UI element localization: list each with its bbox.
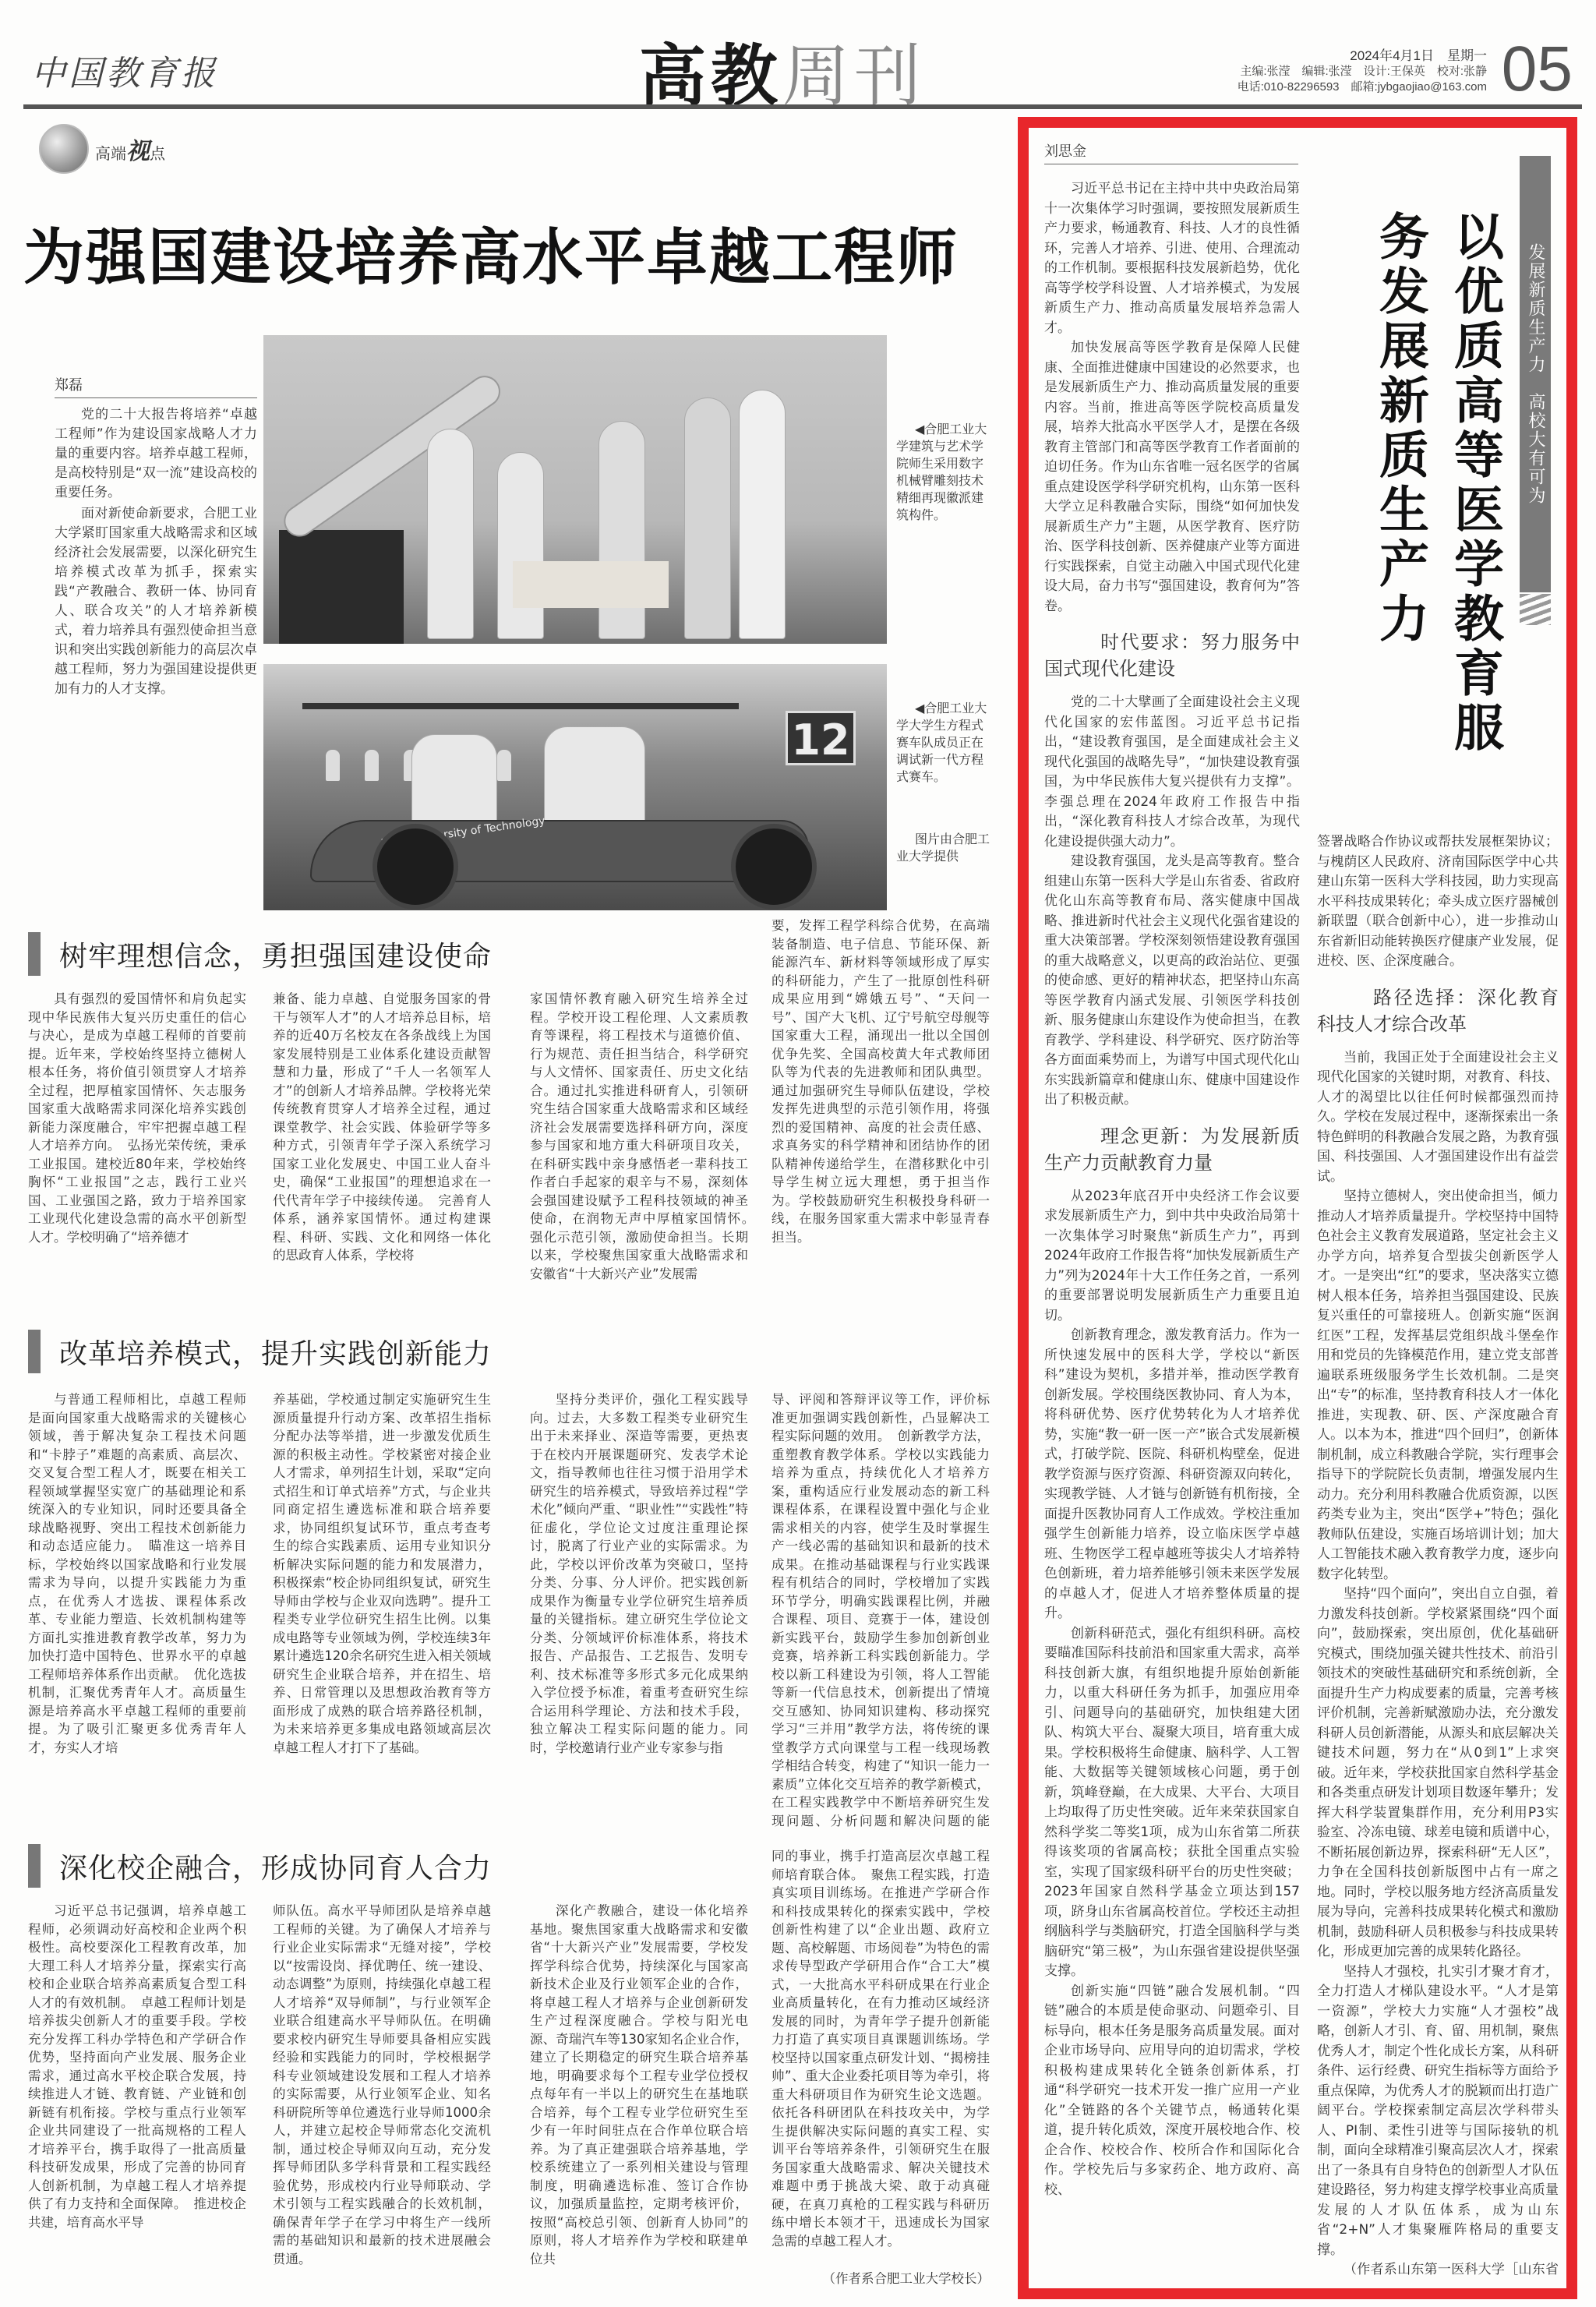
- body-paragraph: 党的二十大擘画了全面建设社会主义现代化国家的宏伟蓝图。习近平总书记指出，“建设教…: [1044, 693, 1300, 852]
- subheading: 路径选择：深化教育科技人才综合改革: [1317, 984, 1559, 1037]
- column-badge: 高端视点: [39, 122, 165, 176]
- page-number: 05: [1502, 37, 1573, 101]
- masthead-divider: [23, 104, 1582, 109]
- car-number: 12: [786, 711, 856, 765]
- body-paragraph: 坚持人才强校，扎实引才聚才育才，全力打造人才梯队建设水平。“人才是第一资源”，学…: [1317, 1963, 1559, 2261]
- photo-race-car: Hefei University of Technology 12: [263, 664, 887, 910]
- robot-base: [279, 530, 404, 644]
- author-signature: （作者系合肥工业大学校长）: [772, 2270, 990, 2291]
- body-paragraph: 坚持立德树人，突出使命担当，倾力推动人才培养质量提升。学校坚持中国特色社会主义教…: [1317, 1187, 1559, 1585]
- body-column: 具有强烈的爱国情怀和肩负起实现中华民族伟大复兴历史重任的信心与决心，是成为卓越工…: [28, 990, 246, 1286]
- body-column: 深化产教融合，建设一体化培养基地。聚焦国家重大战略需求和安徽省“十大新兴产业”发…: [530, 1902, 748, 2291]
- edition-title-dark: 高教: [639, 37, 782, 115]
- subheading: 理念更新：为发展新质生产力贡献教育力量: [1044, 1123, 1300, 1176]
- author-byline: 郑磊: [55, 374, 257, 398]
- body-paragraph: 养基础，学校通过制定实施研究生生源质量提升行动方案、改革招生指标分配办法等举措，…: [273, 1390, 491, 1757]
- section-title: 树牢理想信念，勇担强国建设使命: [59, 934, 492, 974]
- signature-text: （作者系合肥工业大学校长）: [772, 2270, 990, 2288]
- contact-info: 电话:010-82296593 邮箱:jybgaojiao@163.com: [1238, 79, 1487, 95]
- body-paragraph: 坚持“四个面向”，突出自立自强，着力激发科技创新。学校紧紧围绕“四个面向”，鼓励…: [1317, 1585, 1559, 1963]
- section-bar: [28, 1330, 41, 1373]
- body-column: 同的事业，携手打造高层次卓越工程师培育联合体。 聚焦工程实践，打造真实项目训练场…: [772, 1847, 990, 2268]
- body-paragraph: 深化产教融合，建设一体化培养基地。聚焦国家重大战略需求和安徽省“十大新兴产业”发…: [530, 1902, 748, 2268]
- car-wheel: [731, 824, 817, 910]
- body-paragraph: 要，发挥工程学科综合优势，在高端装备制造、电子信息、节能环保、新能源汽车、新材料…: [772, 917, 990, 1246]
- body-column: 要，发挥工程学科综合优势，在高端装备制造、电子信息、节能环保、新能源汽车、新材料…: [772, 917, 990, 1384]
- body-column: 养基础，学校通过制定实施研究生生源质量提升行动方案、改革招生指标分配办法等举措，…: [273, 1390, 491, 1804]
- staff-credits: 主编:张滢 编辑:张滢 设计:王保英 校对:张静: [1238, 64, 1487, 79]
- person-figure: [684, 397, 731, 639]
- tag-stripes: [1520, 594, 1551, 625]
- trophy-shelf: [302, 703, 739, 709]
- section-heading-3: 深化校企融合，形成协同育人合力: [28, 1844, 492, 1888]
- body-column: 家国情怀教育融入研究生培养全过程。学校开设工程伦理、人文素质教育等课程，将工程技…: [530, 990, 748, 1286]
- body-paragraph: 从2023年底召开中央经济工作会议要求发展新质生产力，到中共中央政治局第十一次集…: [1044, 1187, 1300, 1327]
- series-tag: 发展新质生产力 高校大有可为: [1520, 156, 1551, 592]
- section-title: 改革培养模式，提升实践创新能力: [59, 1332, 492, 1372]
- body-column: 与普通工程师相比，卓越工程师是面向国家重大战略需求的关键核心领域，善于解决复杂工…: [28, 1390, 246, 1804]
- photo-credit-text: 图片由合肥工业大学提供: [896, 831, 990, 865]
- section-heading-1: 树牢理想信念，勇担强国建设使命: [28, 932, 492, 976]
- author-signature: （作者系山东第一医科大学［山东省医学科学院］党委书记）: [1317, 2260, 1559, 2282]
- globe-icon: [39, 124, 89, 174]
- body-paragraph: 建设教育强国，龙头是高等教育。整合组建山东第一医科大学是山东省委、省政府优化山东…: [1044, 852, 1300, 1111]
- paper-logo: 中国教育报: [31, 45, 218, 95]
- subheading: 时代要求：努力服务中国式现代化建设: [1044, 629, 1300, 682]
- column-name-emph: 视: [126, 138, 150, 165]
- body-paragraph: 导、评阅和答辩评议等工作，评价标准更加强调实践创新性，凸显解决工程实际问题的效用…: [772, 1390, 990, 1827]
- body-column: 习近平总书记强调，培养卓越工程师，必须调动好高校和企业两个积极性。高校要深化工程…: [28, 1902, 246, 2291]
- body-paragraph: 师队伍。高水平导师团队是培养卓越工程师的关键。为了确保人才培养与行业企业实际需求…: [273, 1902, 491, 2268]
- intro-paragraph: 面对新使命新要求，合肥工业大学紧盯国家重大战略需求和区域经济社会发展需要，以深化…: [55, 504, 257, 699]
- featured-author-byline: 刘思金: [1044, 140, 1298, 164]
- column-name-suffix: 点: [150, 144, 165, 163]
- trophy: [326, 750, 340, 781]
- featured-column-1: 习近平总书记在主持中共中央政治局第十一次集体学习时强调，要按照发展新质生产力要求…: [1044, 179, 1300, 2276]
- body-paragraph: 坚持分类评价，强化工程实践导向。过去，大多数工程类专业研究生出于未来择业、深造等…: [530, 1390, 748, 1757]
- person-figure: [427, 429, 474, 639]
- issue-date: 2024年4月1日 星期一: [1238, 48, 1487, 64]
- photo-caption-2: ◀合肥工业大学大学生方程式赛车队成员正在调试新一代方程式赛车。: [896, 700, 990, 786]
- body-paragraph: 同的事业，携手打造高层次卓越工程师培育联合体。 聚焦工程实践，打造真实项目训练场…: [772, 1847, 990, 2250]
- column-name-prefix: 高端: [95, 144, 126, 163]
- publication-info: 2024年4月1日 星期一 主编:张滢 编辑:张滢 设计:王保英 校对:张静 电…: [1238, 48, 1487, 95]
- article-intro: 党的二十大报告将培养“卓越工程师”作为建设国家战略人才力量的重要内容。培养卓越工…: [55, 405, 257, 701]
- body-paragraph: 家国情怀教育融入研究生培养全过程。学校开设工程伦理、人文素质教育等课程，将工程技…: [530, 990, 748, 1283]
- trophy: [497, 750, 511, 781]
- section-title: 深化校企融合，形成协同育人合力: [59, 1846, 492, 1886]
- section-bar: [28, 932, 41, 976]
- section-bar: [28, 1844, 41, 1888]
- body-paragraph: 兼备、能力卓越、自觉服务国家的骨干与领军人才”的人才培养总目标，培养的近40万名…: [273, 990, 491, 1265]
- edition-title-grey: 周刊: [782, 37, 926, 115]
- trophy: [365, 750, 379, 781]
- masthead: 中国教育报 高教周刊 2024年4月1日 星期一 主编:张滢 编辑:张滢 设计:…: [0, 0, 1596, 111]
- caption-text: ◀合肥工业大学建筑与艺术学院师生采用数字机械臂雕刻技术精细再现徽派建筑构件。: [896, 421, 990, 524]
- photo-robot-arm: [263, 335, 887, 644]
- intro-paragraph: 党的二十大报告将培养“卓越工程师”作为建设国家战略人才力量的重要内容。培养卓越工…: [55, 405, 257, 503]
- body-paragraph: 创新实施“四链”融合发展机制。“四链”融合的本质是使命驱动、问题牵引、目标导向，…: [1044, 1982, 1300, 2201]
- body-paragraph: 签署战略合作协议或帮扶发展框架协议；与槐荫区人民政府、济南国际医学中心共建山东第…: [1317, 832, 1559, 972]
- body-paragraph: 创新教育理念，激发教育活力。作为一所快速发展中的医科大学，学校以“新医科”建设为…: [1044, 1326, 1300, 1624]
- body-paragraph: 当前，我国正处于全面建设社会主义现代化国家的关键时期，对教育、科技、人才的渴望比…: [1317, 1048, 1559, 1188]
- photo-credit: 图片由合肥工业大学提供: [896, 831, 990, 865]
- body-column: 导、评阅和答辩评议等工作，评价标准更加强调实践创新性，凸显解决工程实际问题的效用…: [772, 1390, 990, 1827]
- section-heading-2: 改革培养模式，提升实践创新能力: [28, 1330, 492, 1373]
- person-figure: [739, 390, 786, 639]
- body-paragraph: 具有强烈的爱国情怀和肩负起实现中华民族伟大复兴历史重任的信心与决心，是成为卓越工…: [28, 990, 246, 1246]
- caption-text: ◀合肥工业大学大学生方程式赛车队成员正在调试新一代方程式赛车。: [896, 700, 990, 786]
- body-paragraph: 与普通工程师相比，卓越工程师是面向国家重大战略需求的关键核心领域，善于解决复杂工…: [28, 1390, 246, 1757]
- workbench: [513, 561, 669, 608]
- photo-caption-1: ◀合肥工业大学建筑与艺术学院师生采用数字机械臂雕刻技术精细再现徽派建筑构件。: [896, 421, 990, 524]
- featured-column-2: 签署战略合作协议或帮扶发展框架协议；与槐荫区人民政府、济南国际医学中心共建山东第…: [1317, 832, 1559, 2282]
- person-figure: [497, 452, 544, 639]
- column-name: 高端视点: [95, 132, 165, 166]
- car-wheel: [373, 824, 458, 910]
- body-paragraph: 习近平总书记在主持中共中央政治局第十一次集体学习时强调，要按照发展新质生产力要求…: [1044, 179, 1300, 338]
- body-paragraph: 习近平总书记强调，培养卓越工程师，必须调动好高校和企业两个积极性。高校要深化工程…: [28, 1902, 246, 2231]
- body-paragraph: 加快发展高等医学教育是保障人民健康、全面推进健康中国建设的必然要求，也是发展新质…: [1044, 338, 1300, 616]
- body-column: 师队伍。高水平导师团队是培养卓越工程师的关键。为了确保人才培养与行业企业实际需求…: [273, 1902, 491, 2291]
- body-column: 兼备、能力卓越、自觉服务国家的骨干与领军人才”的人才培养总目标，培养的近40万名…: [273, 990, 491, 1286]
- body-paragraph: 创新科研范式，强化有组织科研。高校要瞄准国际科技前沿和国家重大需求，高举科技创新…: [1044, 1624, 1300, 1982]
- body-column: 坚持分类评价，强化工程实践导向。过去，大多数工程类专业研究生出于未来择业、深造等…: [530, 1390, 748, 1804]
- main-headline: 为强国建设培养高水平卓越工程师: [23, 209, 959, 296]
- featured-headline: 以优质高等医学教育服务发展新质生产力: [1356, 210, 1512, 756]
